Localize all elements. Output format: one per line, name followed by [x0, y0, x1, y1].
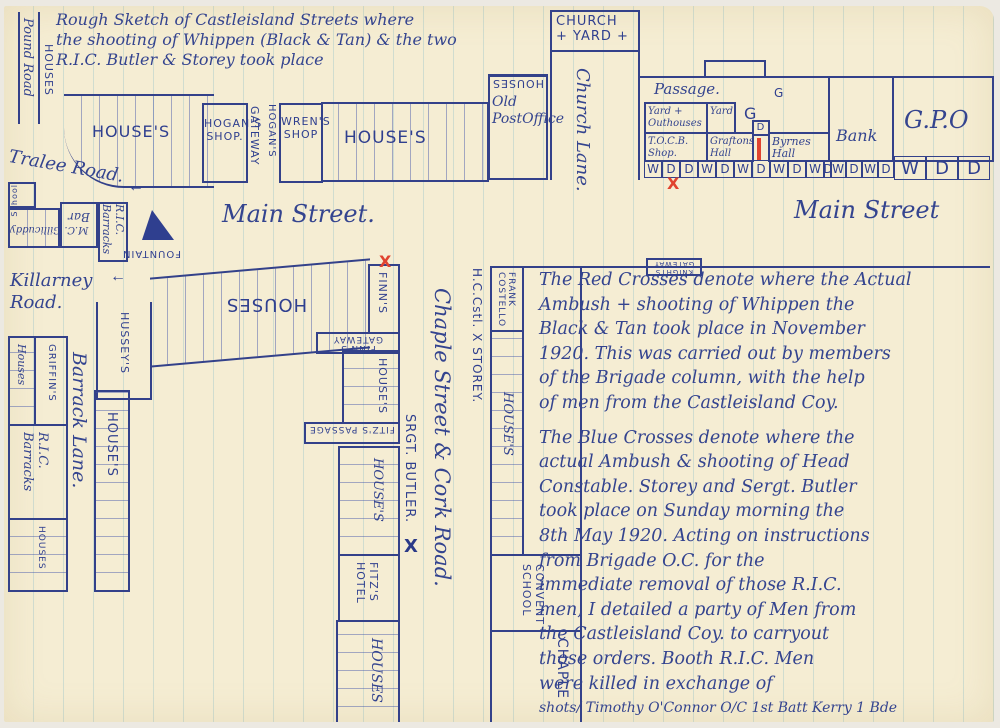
yard-box: Yard	[706, 102, 736, 134]
wd-row-2: W D W D	[830, 160, 894, 178]
houses-left-col-block: HOUSE'S	[94, 390, 130, 592]
hogans-shop-label: HOGAN'S SHOP.	[204, 117, 246, 143]
window-cell: W	[734, 160, 752, 178]
yard-outhouses: Yard + Outhouses	[644, 102, 708, 134]
houses-bottom-left-block: HOUSES	[8, 518, 68, 592]
bar-label: Bar	[62, 210, 96, 224]
church-lane-strip	[550, 50, 640, 180]
butler-marker-label: SRGT. BUTLER.	[402, 414, 417, 523]
gpo: G.P.O	[892, 76, 994, 162]
byrnes-hall: Byrnes Hall	[768, 132, 830, 162]
fitzs-passage-label: FITZ'S PASSAGE	[306, 424, 398, 434]
rc-barracks-lower-label: R.I.C. Barracks	[20, 432, 50, 512]
hogans-shop: HOGAN'S SHOP.	[202, 103, 248, 183]
griffins: GRIFFIN'S	[34, 336, 68, 426]
houses-right-col-label: HOUSE'S	[500, 392, 515, 456]
yard-label: Yard	[708, 104, 734, 119]
window-cell: W	[644, 160, 662, 178]
houses-fitz-lower-block: HOUSE'S	[338, 446, 400, 556]
red-cross-finns: X	[379, 252, 391, 271]
bank-label: Bank	[830, 126, 892, 145]
note-line: actual Ambush & shooting of Head	[539, 450, 989, 475]
husseys-label: HUSSEY'S	[118, 312, 131, 374]
door-cell: D	[958, 156, 990, 180]
killarney-road-label: Killarney Road.	[10, 270, 94, 314]
wrens-shop: WREN'S SHOP	[279, 103, 323, 183]
old-post-office: HOUSES Old PostOffice	[488, 74, 548, 180]
note-line: of the Brigade column, with the help	[539, 366, 989, 391]
note-line: those orders. Booth R.I.C. Men	[539, 647, 989, 672]
note-line: Ambush + shooting of Whippen the	[539, 293, 989, 318]
husseys: HUSSEY'S	[96, 302, 152, 400]
fitzs-passage: FITZ'S PASSAGE	[304, 422, 400, 444]
houses-left-col-label: HOUSE'S	[104, 412, 119, 477]
main-street-left-label: Main Street.	[222, 200, 375, 228]
door-cell: D	[878, 160, 894, 178]
g-label-top: G	[774, 86, 784, 100]
note-line: The Blue Crosses denote where the	[539, 426, 989, 451]
passage-label: Passage.	[654, 80, 720, 98]
houses-old-po-label: HOUSES	[490, 76, 546, 90]
note-line: were killed in exchange of	[539, 672, 989, 697]
note-line: Black & Tan took place in November	[539, 317, 989, 342]
window-cell: W	[698, 160, 716, 178]
tralee-arrow-icon: ←	[128, 178, 144, 196]
note-line: the Castleisland Coy. to carryout	[539, 622, 989, 647]
houses-right-col-block: HOUSE'S	[490, 330, 524, 556]
window-cell: W	[806, 160, 824, 178]
fountain-label: FOUNTAIN	[122, 248, 181, 259]
door-cell: D	[788, 160, 806, 178]
gateway-label: GATEWAY	[248, 106, 261, 166]
houses-fitz-lower-label: HOUSE'S	[370, 458, 385, 522]
griffins-houses-label: Houses	[15, 344, 28, 385]
note-signature: shots/ Timothy O'Connor O/C 1st Batt Ker…	[539, 696, 989, 721]
byrnes-hall-label: Byrnes Hall	[770, 134, 828, 162]
church-lane-label: Church Lane.	[572, 68, 593, 192]
houses-fitz-block: HOUSE'S	[342, 350, 400, 424]
note-line: 8th May 1920. Acting on instructions	[539, 524, 989, 549]
door-cell: D	[846, 160, 862, 178]
oc-shop-label: T.O.C.B. Shop.	[646, 134, 706, 162]
main-street-right-label: Main Street	[794, 196, 939, 224]
yard-outhouses-label: Yard + Outhouses	[646, 104, 706, 132]
bar-block: Bar	[60, 202, 98, 248]
wd-row-3: W D D	[894, 156, 990, 180]
barrack-lane-label: Barrack Lane.	[68, 352, 90, 488]
title-line-2: the shooting of Whippen (Black & Tan) & …	[56, 30, 457, 50]
fountain-icon	[142, 210, 174, 240]
griffins-houses-block: Houses	[8, 336, 36, 426]
wrens-shop-label: WREN'S SHOP	[281, 115, 321, 141]
note-line: from Brigade O.C. for the	[539, 549, 989, 574]
door-cell: D	[716, 160, 734, 178]
old-post-office-label: Old PostOffice	[490, 90, 546, 132]
fitzs-hotel: FITZ'S HOTEL	[338, 554, 400, 622]
note-line: took place on Sunday morning the	[539, 499, 989, 524]
pound-road-label: Pound Road	[20, 18, 35, 97]
houses-bottom-mid-block: HOUSES	[336, 620, 400, 722]
church-yard-label: CHURCH + YARD +	[552, 12, 638, 46]
d-label: D	[754, 122, 768, 133]
hogans-vertical-label: HOGAN'S	[266, 104, 277, 158]
red-cross-main-street: X	[667, 174, 679, 193]
rc-barracks-lower: R.I.C. Barracks	[8, 424, 68, 520]
graftons-hall-label: Graftons Hall	[708, 134, 752, 162]
storey-marker-label: H.C.Cstl. X STOREY.	[470, 268, 484, 403]
houses-bottom-left-label: HOUSES	[36, 526, 46, 570]
window-cell: W	[830, 160, 846, 178]
window-cell: W	[894, 156, 926, 180]
annotation-note: The Red Crosses denote where the Actual …	[539, 268, 989, 721]
houses-top-left-label: HOUSE'S	[92, 122, 170, 141]
houses-top-mid-label: HOUSE'S	[344, 128, 427, 148]
finns-label: FINN'S	[376, 272, 389, 314]
note-line: of men from the Castleisland Coy.	[539, 391, 989, 416]
church-yard: CHURCH + YARD +	[550, 10, 640, 52]
school-small: School	[8, 182, 36, 208]
note-line: 1920. This was carried out by members	[539, 342, 989, 367]
finns: FINN'S	[368, 264, 400, 334]
red-passage-mark	[757, 138, 761, 160]
graftons-hall: Graftons Hall	[706, 132, 754, 162]
bank: Bank	[828, 76, 894, 162]
oc-shop: T.O.C.B. Shop.	[644, 132, 708, 162]
houses-corner-label: HOUSES	[42, 44, 55, 96]
houses-bottom-mid-label: HOUSES	[368, 638, 384, 703]
houses-fitz-label: HOUSE'S	[376, 358, 389, 414]
frank-costello-label: FRANK COSTELLO	[496, 272, 516, 330]
frank-costello: FRANK COSTELLO	[490, 266, 524, 332]
sketch-map-sheet: Rough Sketch of Castleisland Streets whe…	[4, 6, 994, 722]
houses-center-label: HOUSES	[226, 294, 307, 315]
window-cell: W	[770, 160, 788, 178]
door-cell: D	[680, 160, 698, 178]
door-cell: D	[752, 160, 770, 178]
note-line: immediate removal of those R.I.C.	[539, 573, 989, 598]
map-title: Rough Sketch of Castleisland Streets whe…	[56, 10, 457, 70]
note-line: Constable. Storey and Sergt. Butler	[539, 475, 989, 500]
note-line: men, I detailed a party of Men from	[539, 598, 989, 623]
title-line-3: R.I.C. Butler & Storey took place	[56, 50, 457, 70]
killarney-arrow-icon: ←	[110, 268, 126, 286]
note-line: The Red Crosses denote where the Actual	[539, 268, 989, 293]
gpo-label: G.P.O	[894, 106, 992, 134]
title-line-1: Rough Sketch of Castleisland Streets whe…	[56, 10, 457, 30]
chapel-street-label: Chaple Street & Cork Road.	[430, 288, 454, 587]
griffins-label: GRIFFIN'S	[46, 344, 57, 402]
door-cell: D	[926, 156, 958, 180]
top-rect	[704, 60, 766, 78]
window-cell: W	[862, 160, 878, 178]
fitzs-hotel-label: FITZ'S HOTEL	[354, 562, 380, 620]
blue-cross-butler: X	[404, 536, 418, 557]
